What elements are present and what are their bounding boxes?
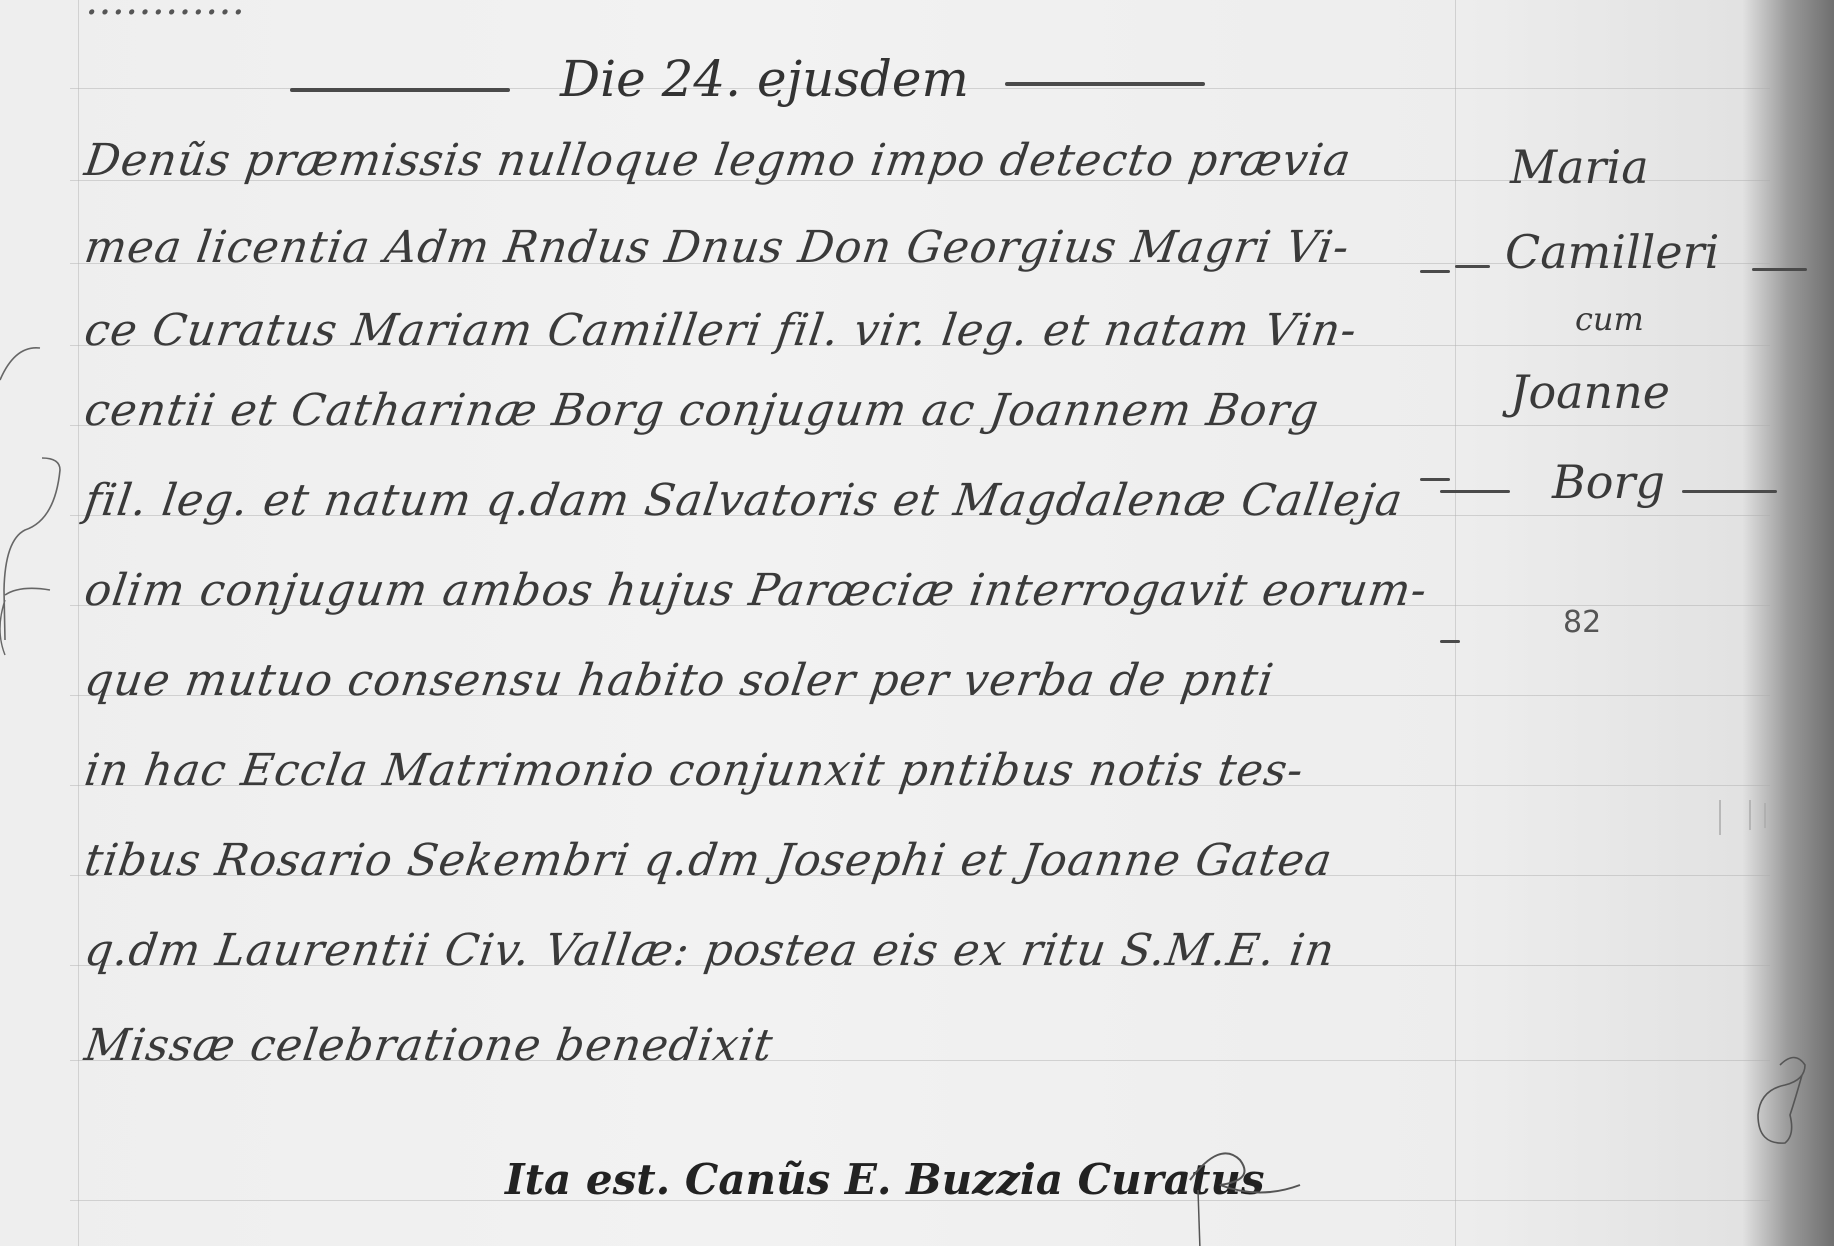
loop-mark [1750,1045,1810,1155]
pencil-marks [1715,795,1775,855]
margin-name-borg: Borg [1552,455,1665,509]
line-end-dash [1420,270,1450,273]
margin-dash-left [1455,265,1490,268]
body-line-5: fil. leg. et natum q.dam Salvatoris et M… [81,475,1406,526]
entry-number: 82 [1563,605,1601,640]
line-end-dash [1420,478,1450,481]
signature-flourish [1180,1140,1330,1246]
body-line-8: in hac Eccla Matrimonio conjunxit pntibu… [81,745,1307,796]
margin-word-cum: cum [1575,300,1644,338]
body-line-4: centii et Catharinæ Borg conjugum ac Joa… [81,385,1322,436]
body-line-11: Missæ celebratione benedixit [81,1020,776,1071]
heading-dash-right [1005,82,1205,86]
line-end-dash [1440,640,1460,643]
cutoff-previous-entry: ………… [85,0,245,24]
margin-name-joanne: Joanne [1510,365,1670,419]
margin-dash-left [1440,490,1510,493]
right-column-line [1455,0,1456,1246]
margin-dash-right [1682,490,1777,493]
body-line-10: q.dm Laurentii Civ. Vallæ: postea eis ex… [81,925,1338,976]
margin-name-maria: Maria [1510,140,1649,194]
body-line-3: ce Curatus Mariam Camilleri fil. vir. le… [81,305,1360,356]
register-page: ………… Die 24. ejusdem Denũs præmissis nul… [0,0,1834,1246]
body-line-2: mea licentia Adm Rndus Dnus Don Georgius… [81,222,1352,273]
entry-heading: Die 24. ejusdem [560,50,969,108]
margin-brace-mark [0,340,60,660]
heading-dash-left [290,88,510,92]
body-line-9: tibus Rosario Sekembri q.dm Josephi et J… [81,835,1335,886]
margin-dash-right [1752,268,1807,271]
body-line-1: Denũs præmissis nulloque legmo impo dete… [81,135,1354,186]
left-margin-line [78,0,79,1246]
body-line-6: olim conjugum ambos hujus Parœciæ interr… [81,565,1430,616]
body-line-7: que mutuo consensu habito soler per verb… [81,655,1277,706]
curate-signature: Ita est. Canũs E. Buzzia Curatus [505,1155,1265,1204]
margin-name-camilleri: Camilleri [1505,225,1719,279]
